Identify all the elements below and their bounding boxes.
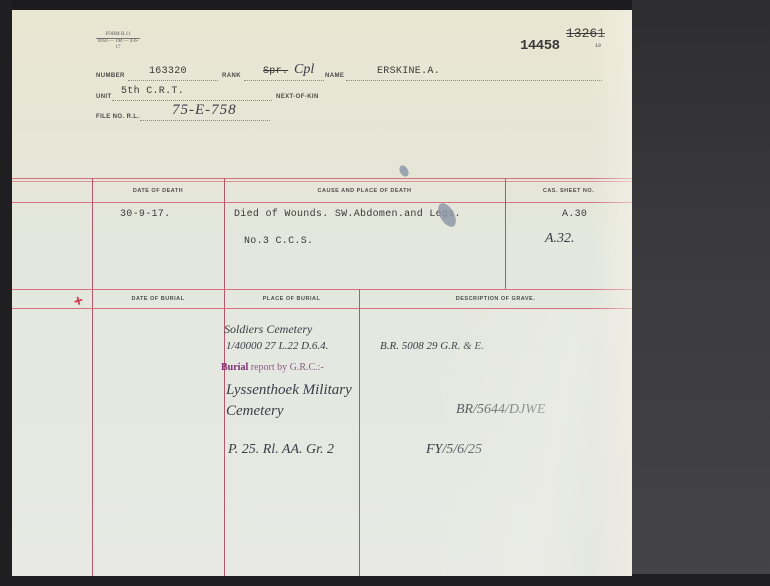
unit-label: Unit <box>96 94 112 100</box>
column-header-place-of-burial: Place of Burial <box>224 296 359 302</box>
place-of-burial-line1: Soldiers Cemetery <box>224 322 312 337</box>
serial-current: 14458 <box>520 38 560 54</box>
grave-description-line5: FY/5/6/25 <box>426 442 482 458</box>
column-header-cas-sheet-no: Cas. Sheet No. <box>505 188 632 194</box>
unit-dotted-line <box>112 100 272 101</box>
burial-header-rule <box>12 308 632 309</box>
cause-of-death-line1: Died of Wounds. SW.Abdomen.and Legs. <box>234 209 461 220</box>
form-identifier: FORM B.11 6956 — 1M — 4-6-17 <box>96 32 140 51</box>
paper-edge-shading <box>592 10 632 576</box>
background-left <box>0 0 12 586</box>
rank-dotted-line <box>244 80 324 81</box>
cas-sheet-handwritten: A.32. <box>545 231 575 247</box>
number-dotted-line <box>128 80 218 81</box>
name-dotted-line <box>346 80 602 81</box>
file-no-value: 75-E-758 <box>172 102 237 119</box>
serial-suffix: 19 <box>595 43 601 49</box>
form-print-info: 6956 — 1M — 4-6-17 <box>98 39 138 50</box>
place-of-burial-line4: Cemetery <box>226 403 283 420</box>
column-header-cause-place-of-death: Cause and Place of Death <box>224 188 505 194</box>
serial-struck: 13261 <box>566 26 605 41</box>
ink-blot-small <box>398 164 411 178</box>
rank-value: Cpl <box>294 62 314 78</box>
grave-description-line2: B.R. 5008 29 G.R. & E. <box>380 340 484 352</box>
name-value: ERSKINE.A. <box>377 66 440 77</box>
place-column-divider <box>359 289 360 576</box>
rank-struck: Spr. <box>263 66 288 77</box>
date-of-death-value: 30-9-17. <box>120 209 170 220</box>
column-header-date-of-burial: Date of Burial <box>92 296 224 302</box>
form-number: FORM B.11 <box>96 32 140 39</box>
place-of-burial-line2: 1/40000 27 L.22 D.6.4. <box>226 340 328 352</box>
cas-sheet-typed: A.30 <box>562 209 587 220</box>
file-no-dotted-line <box>140 120 270 121</box>
column-header-date-of-death: Date of Death <box>92 188 224 194</box>
place-of-burial-line5: P. 25. Rl. AA. Gr. 2 <box>228 442 334 458</box>
grave-description-line4: BR/5644/DJWE <box>456 402 545 418</box>
margin-column-divider <box>92 178 93 576</box>
date-column-divider <box>224 178 225 576</box>
cause-of-death-line2: No.3 C.C.S. <box>244 236 313 247</box>
file-no-label: File No. R.L. <box>96 114 140 120</box>
name-label: Name <box>325 73 344 79</box>
next-of-kin-label: Next-of-Kin <box>276 94 319 100</box>
background-right <box>632 0 770 586</box>
unit-value: 5th C.R.T. <box>121 86 184 97</box>
stamp-bold-word: Burial <box>221 362 248 373</box>
number-value: 163320 <box>149 66 187 77</box>
cause-column-divider <box>505 178 506 290</box>
burial-top-rule <box>12 289 632 290</box>
column-header-description-of-grave: Description of Grave. <box>359 296 632 302</box>
rank-label: Rank <box>222 73 241 79</box>
grave-registration-card: FORM B.11 6956 — 1M — 4-6-17 13261 14458… <box>12 10 632 576</box>
burial-report-stamp: Burial report by G.R.C.:- <box>221 362 324 373</box>
place-of-burial-line3: Lyssenthoek Military <box>226 382 352 399</box>
stamp-text: report by G.R.C.:- <box>248 362 324 373</box>
death-top-rule <box>12 178 632 179</box>
death-top-rule-2 <box>12 181 632 182</box>
number-label: Number <box>96 73 125 79</box>
death-header-rule <box>12 202 632 203</box>
